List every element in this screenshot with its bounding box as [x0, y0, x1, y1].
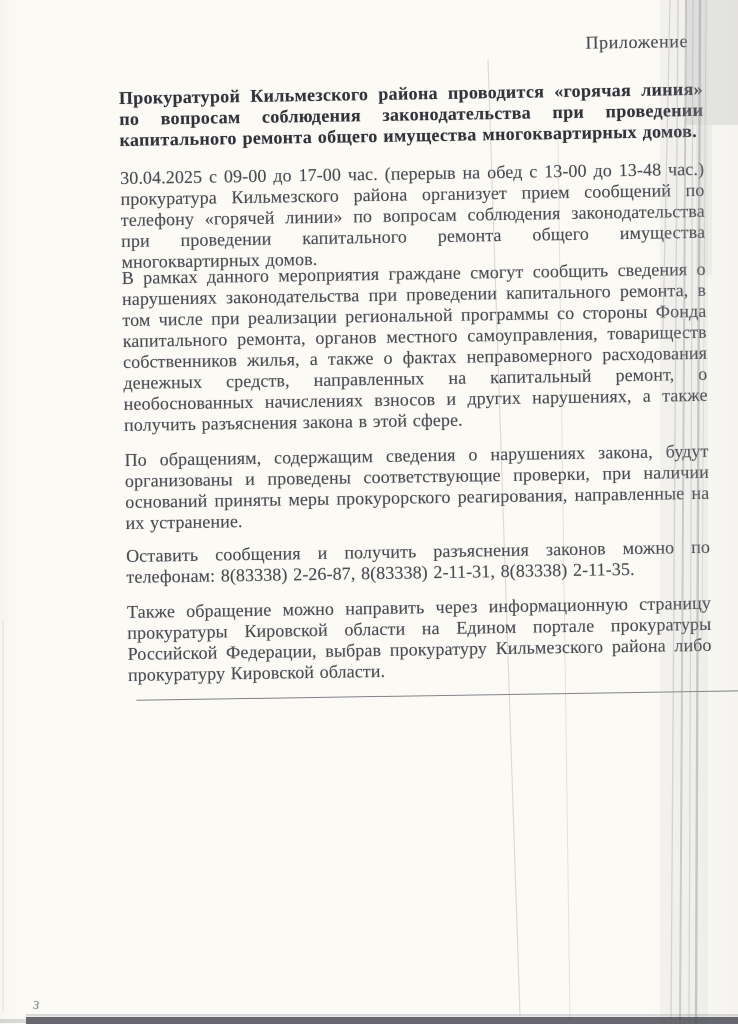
scanned-page: { "page": { "background": "#fbfaf5", "in… [0, 0, 738, 1024]
bottom-edge-strip [26, 1017, 738, 1024]
stray-mark: 3 [32, 998, 41, 1014]
paragraph-schedule: 30.04.2025 с 09-00 до 17-00 час. (переры… [120, 159, 706, 273]
appendix-label: Приложение [118, 31, 702, 61]
paragraph-phone-numbers: Оставить сообщения и получить разъяснени… [126, 537, 711, 588]
paragraph-inspections: По обращениям, содержащим сведения о нар… [124, 441, 709, 534]
paragraph-scope: В рамках данного мероприятия граждане см… [122, 259, 709, 436]
paragraph-hotline-intro: Прокуратурой Кильмезского района проводи… [119, 79, 704, 151]
bottom-edge-shadow [26, 1014, 738, 1017]
paragraph-online-portal: Также обращение можно направить через ин… [127, 593, 712, 686]
separator-line [136, 690, 738, 701]
document-body: Приложение Прокуратурой Кильмезского рай… [118, 31, 713, 730]
